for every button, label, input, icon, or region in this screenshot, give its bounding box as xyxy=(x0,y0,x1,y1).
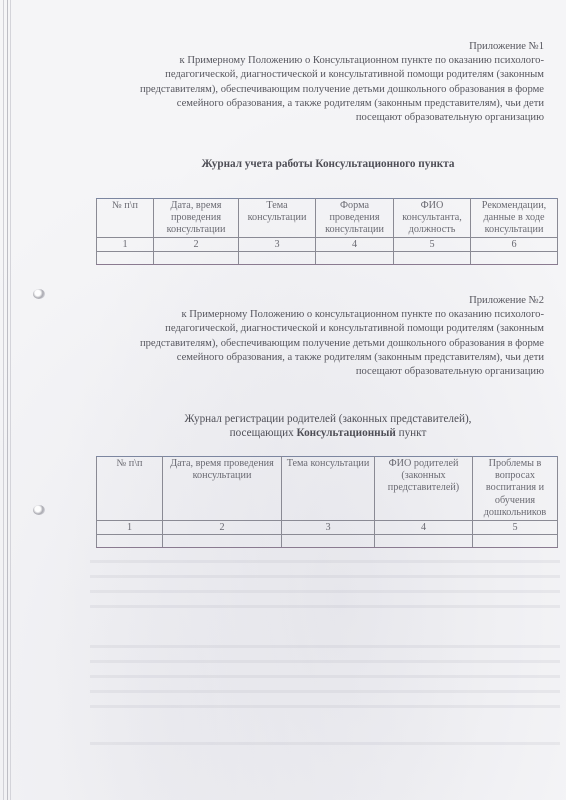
column-header: Форма проведения консультации xyxy=(316,199,394,238)
title-text: посещающих xyxy=(230,427,297,439)
column-number: 5 xyxy=(394,238,471,252)
appendix-1-header: Приложение №1 к Примерному Положению о К… xyxy=(104,40,544,125)
bleed-through-line xyxy=(90,560,560,563)
table-cell xyxy=(239,252,316,265)
column-number: 5 xyxy=(473,521,558,535)
column-number: 1 xyxy=(97,238,154,252)
appendix-line: к Примерному Положению о консультационно… xyxy=(104,308,544,322)
table-cell xyxy=(154,252,239,265)
column-header: № п\п xyxy=(97,457,163,521)
column-number-row: 1 2 3 4 5 xyxy=(97,521,558,535)
journal-2-title-line-2: посещающих Консультационный пункт xyxy=(90,426,566,440)
title-text-bold: Консультационный xyxy=(297,427,396,439)
journal-2-title-line-1: Журнал регистрации родителей (законных п… xyxy=(90,412,566,426)
table-header-row: № п\п Дата, время проведения консультаци… xyxy=(97,457,558,521)
column-header: Рекомендации, данные в ходе консультации xyxy=(471,199,558,238)
column-header: Тема консультации xyxy=(239,199,316,238)
bleed-through-line xyxy=(90,660,560,663)
journal-1-title: Журнал учета работы Консультационного пу… xyxy=(90,157,566,171)
appendix-line: семейного образования, а также родителям… xyxy=(104,97,544,111)
column-number: 3 xyxy=(282,521,375,535)
column-number: 4 xyxy=(316,238,394,252)
bleed-through-line xyxy=(90,645,560,648)
table-header-row: № п\п Дата, время проведения консультаци… xyxy=(97,199,558,238)
column-header: Проблемы в вопросах воспитания и обучени… xyxy=(473,457,558,521)
appendix-2-title: Приложение №2 xyxy=(104,294,544,308)
bleed-through-line xyxy=(90,590,560,593)
table-cell xyxy=(282,535,375,548)
binding-edge-line xyxy=(7,0,8,800)
bleed-through-line xyxy=(90,742,560,745)
appendix-1-title: Приложение №1 xyxy=(104,40,544,54)
bleed-through-line xyxy=(90,575,560,578)
column-number: 4 xyxy=(375,521,473,535)
punch-hole-icon xyxy=(33,289,45,299)
table-cell xyxy=(473,535,558,548)
column-header: Дата, время проведения консультации xyxy=(163,457,282,521)
column-number: 2 xyxy=(163,521,282,535)
appendix-line: посещают образовательную организацию xyxy=(104,111,544,125)
table-cell xyxy=(316,252,394,265)
binding-edge-line xyxy=(3,0,4,800)
journal-1-table: № п\п Дата, время проведения консультаци… xyxy=(96,198,558,265)
column-header: № п\п xyxy=(97,199,154,238)
scanned-page: Приложение №1 к Примерному Положению о К… xyxy=(0,0,566,800)
column-header: Дата, время проведения консультации xyxy=(154,199,239,238)
appendix-line: посещают образовательную организацию xyxy=(104,365,544,379)
table-cell xyxy=(97,252,154,265)
table-cell xyxy=(375,535,473,548)
table-cell xyxy=(163,535,282,548)
bleed-through-line xyxy=(90,675,560,678)
table-row xyxy=(97,535,558,548)
appendix-line: представителям), обеспечивающим получени… xyxy=(104,83,544,97)
binding-edge-line xyxy=(10,0,11,800)
bleed-through-line xyxy=(90,605,560,608)
table-row xyxy=(97,252,558,265)
column-header: ФИО консультанта, должность xyxy=(394,199,471,238)
column-number-row: 1 2 3 4 5 6 xyxy=(97,238,558,252)
journal-2-table: № п\п Дата, время проведения консультаци… xyxy=(96,456,558,548)
table-cell xyxy=(97,535,163,548)
bleed-through-line xyxy=(90,690,560,693)
table-cell xyxy=(471,252,558,265)
appendix-2-header: Приложение №2 к Примерному Положению о к… xyxy=(104,294,544,379)
column-number: 6 xyxy=(471,238,558,252)
table-cell xyxy=(394,252,471,265)
appendix-2-text: к Примерному Положению о консультационно… xyxy=(104,308,544,379)
column-number: 3 xyxy=(239,238,316,252)
appendix-line: педагогической, диагностической и консул… xyxy=(104,68,544,82)
appendix-line: семейного образования, а также родителям… xyxy=(104,351,544,365)
bleed-through-line xyxy=(90,705,560,708)
column-header: ФИО родителей (законных представителей) xyxy=(375,457,473,521)
column-number: 2 xyxy=(154,238,239,252)
appendix-line: педагогической, диагностической и консул… xyxy=(104,322,544,336)
column-number: 1 xyxy=(97,521,163,535)
punch-hole-icon xyxy=(33,505,45,515)
appendix-line: представителям), обеспечивающим получени… xyxy=(104,337,544,351)
journal-2-title: Журнал регистрации родителей (законных п… xyxy=(90,412,566,440)
column-header: Тема консультации xyxy=(282,457,375,521)
title-text: пункт xyxy=(396,427,427,439)
appendix-1-text: к Примерному Положению о Консультационно… xyxy=(104,54,544,125)
appendix-line: к Примерному Положению о Консультационно… xyxy=(104,54,544,68)
